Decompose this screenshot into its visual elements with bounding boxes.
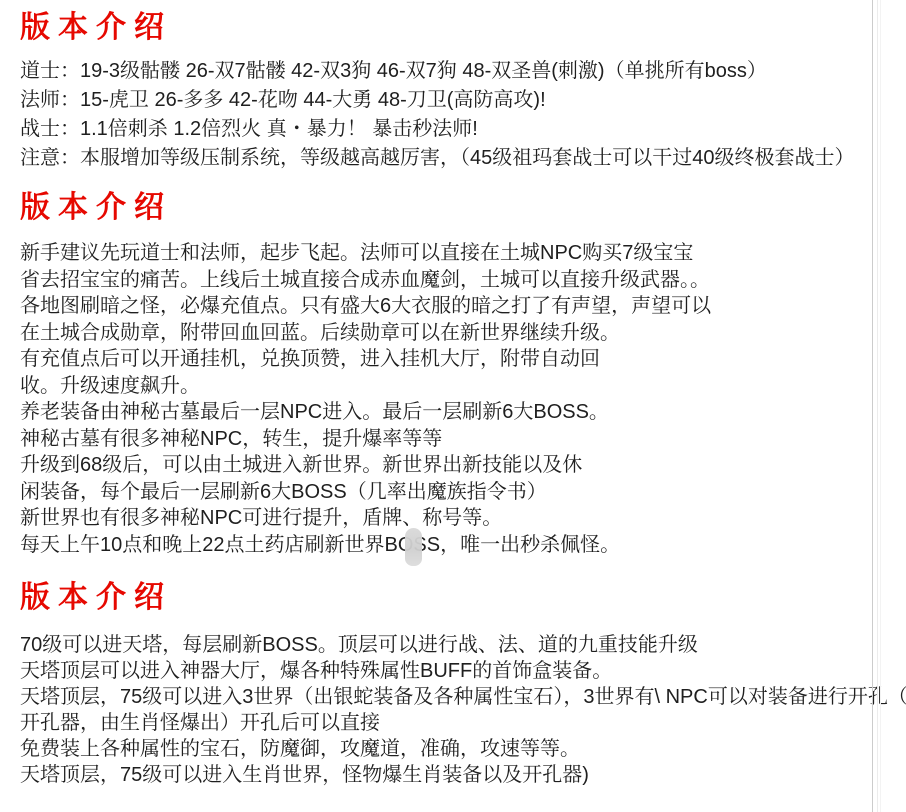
- text-line: 每天上午10点和晚上22点土药店刷新世界BOSS，唯一出秒杀佩怪。: [20, 532, 906, 559]
- text-line: 收。升级速度飙升。: [20, 373, 906, 400]
- section-title: 版本介绍: [20, 581, 906, 614]
- section-lines: 新手建议先玩道士和法师，起步飞起。法师可以直接在土城NPC购买7级宝宝省去招宝宝…: [20, 240, 906, 558]
- text-line: 有充值点后可以开通挂机，兑换顶赞，进入挂机大厅，附带自动回: [20, 346, 906, 373]
- text-line: 70级可以进天塔，每层刷新BOSS。顶层可以进行战、法、道的九重技能升级: [20, 632, 906, 658]
- smudge-artifact: [405, 528, 422, 566]
- text-line: 天塔顶层，75级可以进入3世界（出银蛇装备及各种属性宝石），3世界有\ NPC可…: [20, 684, 906, 710]
- text-line: 天塔顶层可以进入神器大厅，爆各种特殊属性BUFF的首饰盒装备。: [20, 658, 906, 684]
- section-lines: 道士：19-3级骷髅 26-双7骷髅 42-双3狗 46-双7狗 48-双圣兽(…: [20, 57, 906, 173]
- text-line: 法师：15-虎卫 26-多多 42-花吻 44-大勇 48-刀卫(高防高攻)!: [20, 86, 906, 115]
- text-line: 注意：本服增加等级压制系统，等级越高越厉害，（45级祖玛套战士可以干过40级终极…: [20, 144, 906, 173]
- section-title: 版本介绍: [20, 191, 906, 224]
- text-line: 在土城合成勋章，附带回血回蓝。后续勋章可以在新世界继续升级。: [20, 320, 906, 347]
- article: 版本介绍 道士：19-3级骷髅 26-双7骷髅 42-双3狗 46-双7狗 48…: [0, 11, 906, 788]
- text-line: 天塔顶层，75级可以进入生肖世界，怪物爆生肖装备以及开孔器): [20, 762, 906, 788]
- text-line: 新手建议先玩道士和法师，起步飞起。法师可以直接在土城NPC购买7级宝宝: [20, 240, 906, 267]
- text-line: 升级到68级后，可以由土城进入新世界。新世界出新技能以及休: [20, 452, 906, 479]
- section: 版本介绍 新手建议先玩道士和法师，起步飞起。法师可以直接在土城NPC购买7级宝宝…: [20, 191, 906, 558]
- text-line: 养老装备由神秘古墓最后一层NPC进入。最后一层刷新6大BOSS。: [20, 399, 906, 426]
- text-line: 省去招宝宝的痛苦。上线后土城直接合成赤血魔剑，土城可以直接升级武器。。: [20, 267, 906, 294]
- text-line: 神秘古墓有很多神秘NPC，转生，提升爆率等等: [20, 426, 906, 453]
- text-line: 道士：19-3级骷髅 26-双7骷髅 42-双3狗 46-双7狗 48-双圣兽(…: [20, 57, 906, 86]
- page: 版本介绍 道士：19-3级骷髅 26-双7骷髅 42-双3狗 46-双7狗 48…: [0, 0, 906, 812]
- vertical-divider: [872, 0, 873, 812]
- section-lines: 70级可以进天塔，每层刷新BOSS。顶层可以进行战、法、道的九重技能升级天塔顶层…: [20, 632, 906, 788]
- section: 版本介绍 道士：19-3级骷髅 26-双7骷髅 42-双3狗 46-双7狗 48…: [20, 11, 906, 173]
- text-line: 战士：1.1倍刺杀 1.2倍烈火 真・暴力！ 暴击秒法师!: [20, 115, 906, 144]
- section: 版本介绍 70级可以进天塔，每层刷新BOSS。顶层可以进行战、法、道的九重技能升…: [20, 581, 906, 788]
- text-line: 开孔器，由生肖怪爆出）开孔后可以直接: [20, 710, 906, 736]
- text-line: 闲装备，每个最后一层刷新6大BOSS（几率出魔族指令书）: [20, 479, 906, 506]
- vertical-divider-faintest: [880, 0, 881, 812]
- section-title: 版本介绍: [20, 11, 906, 44]
- text-line: 免费装上各种属性的宝石，防魔御，攻魔道，准确，攻速等等。: [20, 736, 906, 762]
- text-line: 各地图刷暗之怪，必爆充值点。只有盛大6大衣服的暗之打了有声望，声望可以: [20, 293, 906, 320]
- vertical-divider-faint: [877, 0, 878, 812]
- text-line: 新世界也有很多神秘NPC可进行提升，盾牌、称号等。: [20, 505, 906, 532]
